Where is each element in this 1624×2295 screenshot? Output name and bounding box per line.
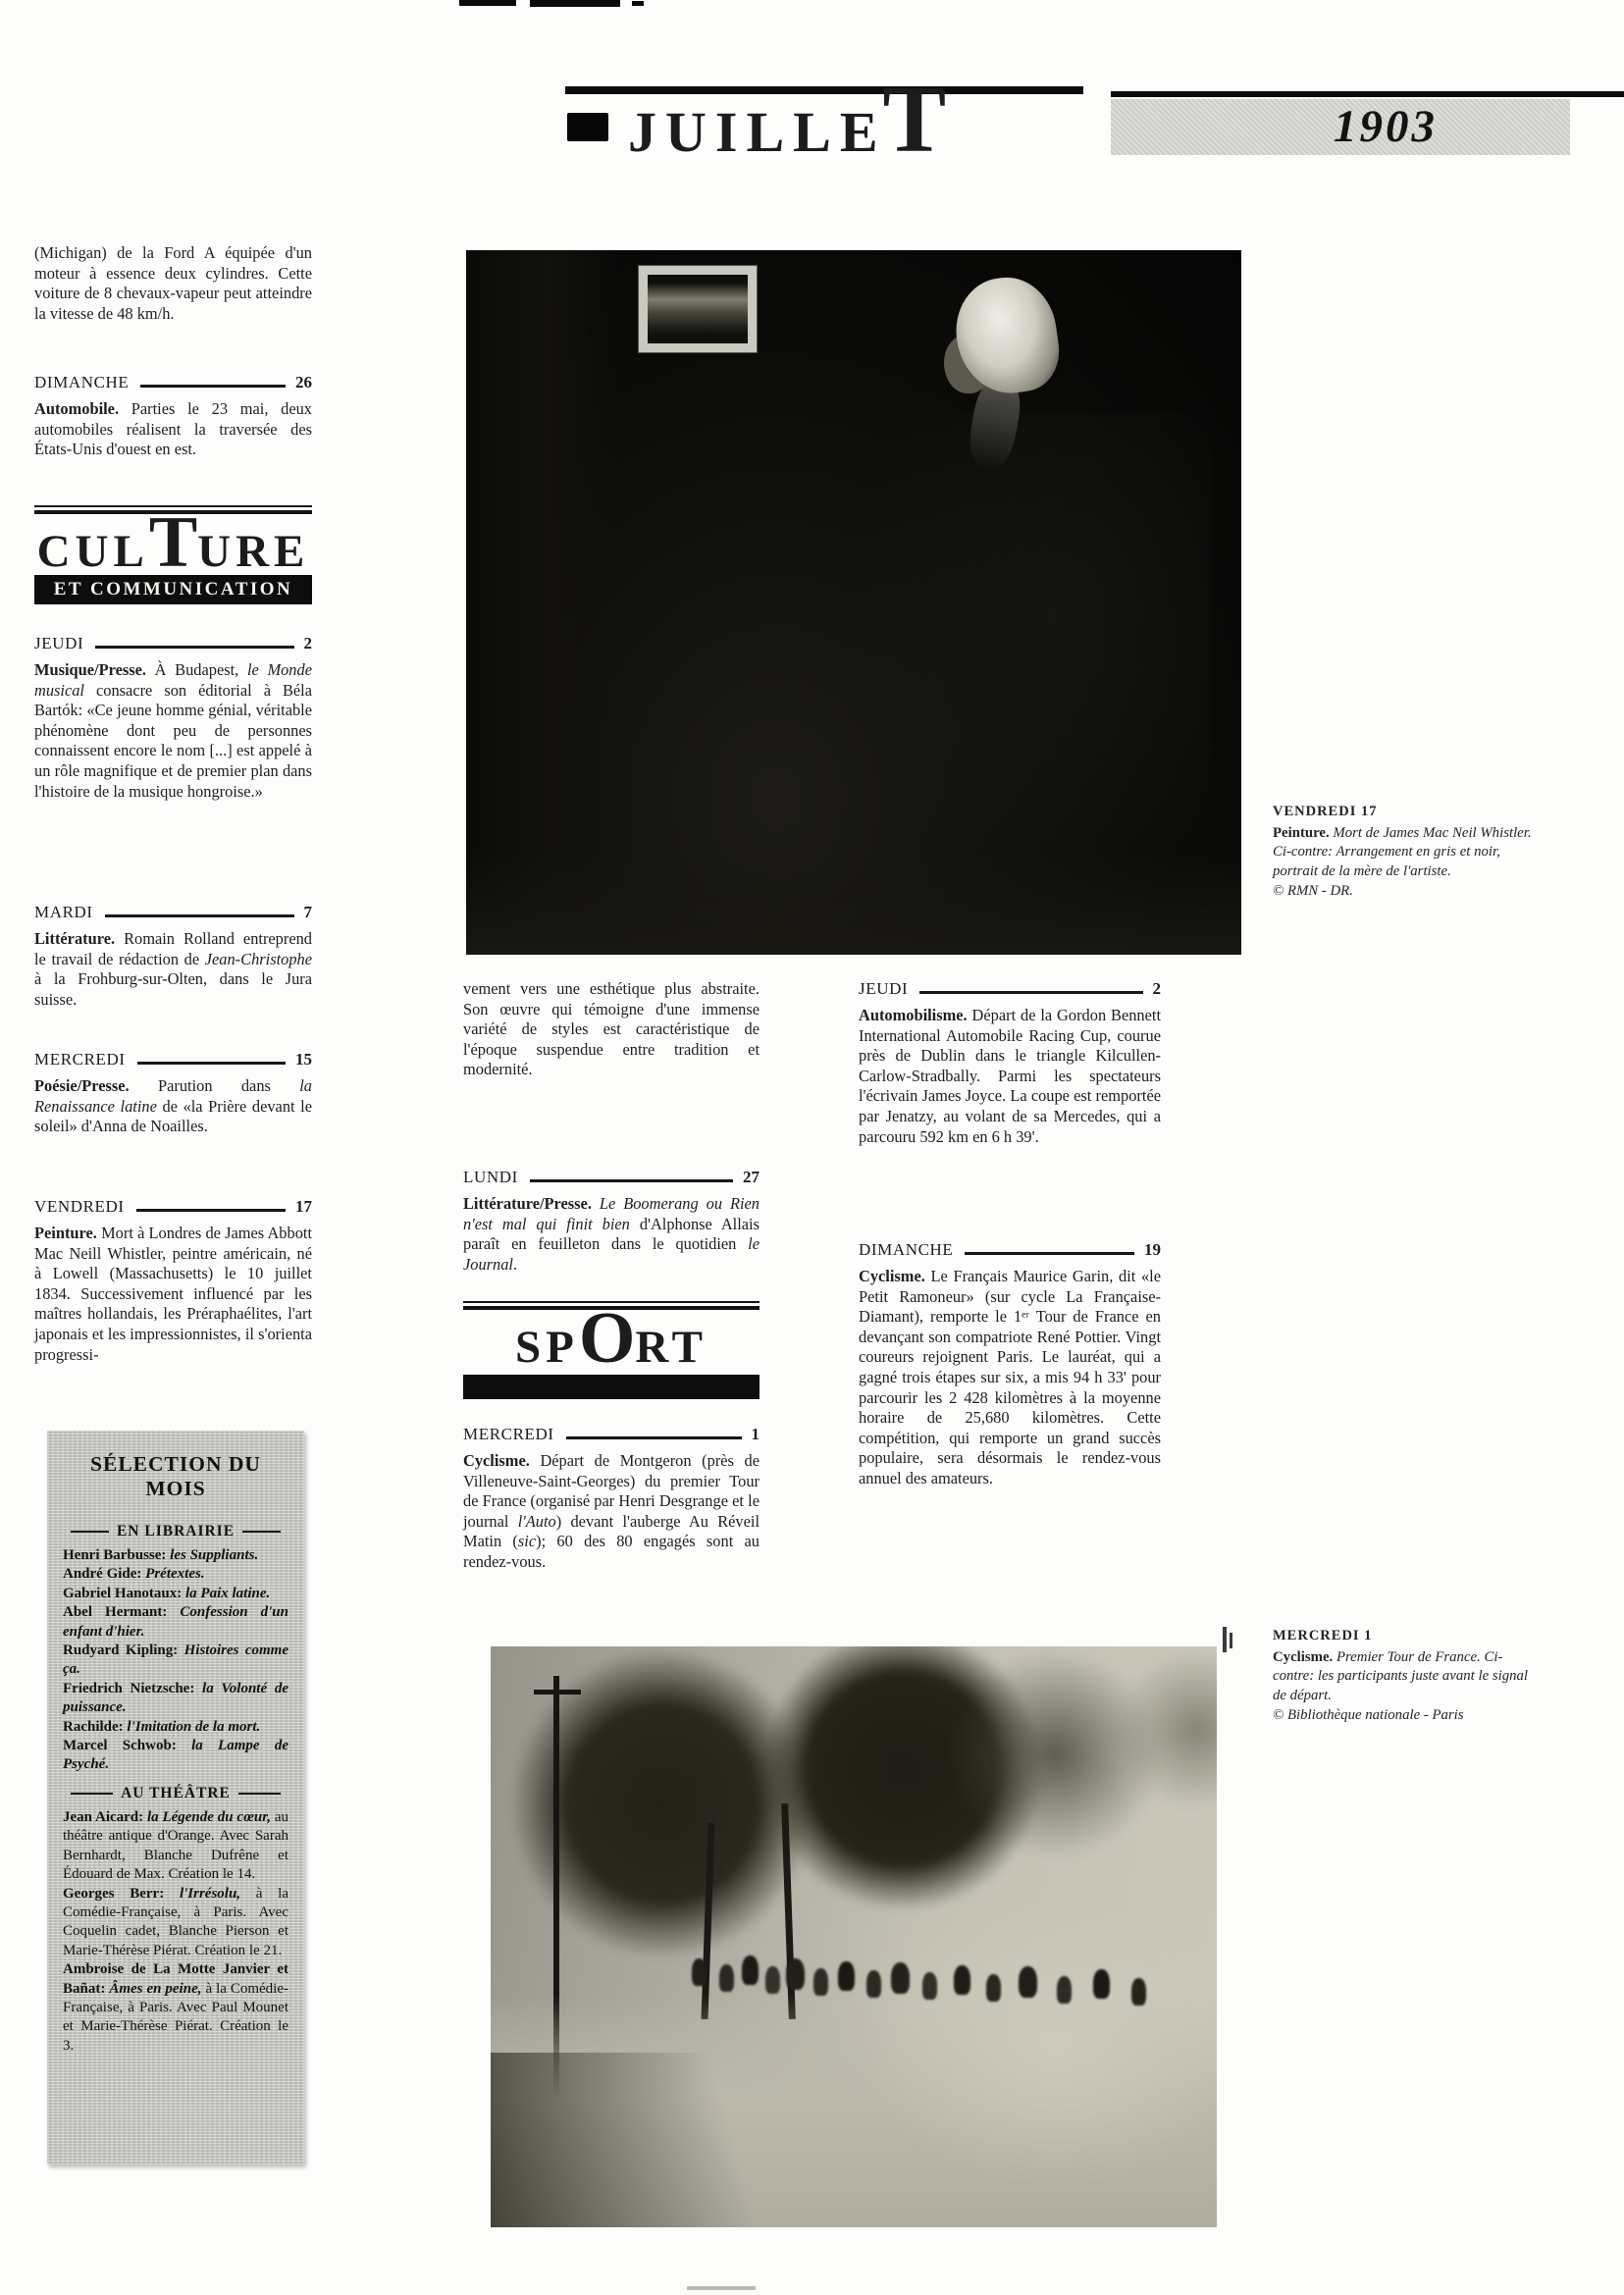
entry-body: Automobile. Parties le 23 mai, deux auto… <box>34 399 312 460</box>
binding-mark <box>459 0 516 6</box>
month-title-text: JUILLE <box>628 100 887 164</box>
month-title: JUILLET <box>567 84 946 155</box>
entry-mardi-7: MARDI 7 Littérature. Romain Rolland entr… <box>34 903 312 1010</box>
left-intro: (Michigan) de la Ford A équipée d'un mot… <box>34 243 312 324</box>
heading-rule <box>965 1252 1134 1255</box>
caption-day: MERCREDI 1 <box>1273 1627 1536 1646</box>
entry-mercredi-1: MERCREDI 1 Cyclisme. Départ de Montgeron… <box>463 1425 760 1573</box>
entry-date-number: 2 <box>1153 979 1162 999</box>
selection-title: SÉLECTION DU MOIS <box>63 1452 288 1501</box>
book-item: Gabriel Hanotaux: la Paix latine. <box>63 1585 288 1603</box>
entry-heading: DIMANCHE 26 <box>34 373 312 392</box>
entry-heading: MARDI 7 <box>34 903 312 922</box>
book-item: Henri Barbusse: les Suppliants. <box>63 1546 288 1565</box>
entry-heading: LUNDI 27 <box>463 1168 760 1187</box>
play-item: Georges Berr: l'Irrésolu, à la Comédie-F… <box>63 1885 288 1961</box>
continuation-paragraph: vement vers une esthétique plus abstrait… <box>463 979 760 1080</box>
entry-heading: VENDREDI 17 <box>34 1197 312 1217</box>
heading-rule <box>137 1062 286 1065</box>
sport-title-pre: SP <box>515 1322 579 1373</box>
entry-date-number: 7 <box>304 903 313 922</box>
selection-section-heading: EN LIBRAIRIE <box>117 1523 235 1540</box>
heading-rule <box>919 991 1142 994</box>
entry-jeudi-2-sport: JEUDI 2 Automobilisme. Départ de la Gord… <box>859 979 1161 1147</box>
entry-day: DIMANCHE <box>859 1240 953 1260</box>
entry-date-number: 2 <box>304 634 313 653</box>
entry-date-number: 15 <box>295 1050 312 1069</box>
entry-vendredi-17: VENDREDI 17 Peinture. Mort à Londres de … <box>34 1197 312 1365</box>
book-item: Abel Hermant: Confession d'un enfant d'h… <box>63 1603 288 1642</box>
heading-rule <box>105 914 294 917</box>
caption-credit: © RMN - DR. <box>1273 882 1536 902</box>
entry-day: MARDI <box>34 903 93 922</box>
entry-date-number: 27 <box>743 1168 760 1187</box>
sport-title-big-letter: O <box>579 1298 636 1379</box>
mother-figure-body <box>849 412 1212 913</box>
binding-mark <box>687 2286 756 2290</box>
entry-date-number: 1 <box>752 1425 760 1444</box>
registration-mark <box>1223 1627 1227 1652</box>
section-rule <box>238 1793 281 1795</box>
heading-rule <box>530 1179 733 1182</box>
section-rule <box>242 1531 281 1533</box>
entry-heading: MERCREDI 1 <box>463 1425 760 1444</box>
entry-day: JEUDI <box>859 979 908 999</box>
caption-day: VENDREDI 17 <box>1273 803 1536 822</box>
painting-floor-shadow <box>466 849 1241 955</box>
entry-body: Automobilisme. Départ de la Gordon Benne… <box>859 1006 1161 1147</box>
entry-day: VENDREDI <box>34 1197 125 1217</box>
entry-dimanche-19: DIMANCHE 19 Cyclisme. Le Français Mauric… <box>859 1240 1161 1489</box>
registration-mark <box>1230 1633 1232 1648</box>
month-title-big-letter: T <box>883 67 947 172</box>
caption-text: Cyclisme. Premier Tour de France. Ci-con… <box>1273 1648 1536 1706</box>
masthead-rule-right <box>1111 91 1624 97</box>
entry-body: Littérature/Presse. Le Boomerang ou Rien… <box>463 1194 760 1275</box>
whistler-continuation: vement vers une esthétique plus abstrait… <box>463 979 760 1080</box>
culture-title-big-letter: T <box>149 502 197 583</box>
entry-body: Cyclisme. Le Français Maurice Garin, dit… <box>859 1267 1161 1489</box>
framed-picture-content <box>648 275 748 343</box>
entry-heading: JEUDI 2 <box>34 634 312 653</box>
entry-day: LUNDI <box>463 1168 518 1187</box>
cycling-start-photo <box>491 1646 1217 2227</box>
sport-title: SPORT <box>463 1310 760 1371</box>
binding-mark <box>632 1 644 6</box>
entry-date-number: 19 <box>1144 1240 1161 1260</box>
entry-date-number: 26 <box>295 373 312 392</box>
sport-title-post: RT <box>635 1322 707 1373</box>
whistler-painting-photo <box>466 250 1241 955</box>
framed-picture-on-wall <box>639 266 757 352</box>
caption-tour-de-france: MERCREDI 1 Cyclisme. Premier Tour de Fra… <box>1273 1627 1536 1726</box>
binding-mark <box>530 0 620 7</box>
book-item: Marcel Schwob: la Lampe de Psyché. <box>63 1737 288 1775</box>
culture-title: CULTURE <box>34 514 312 575</box>
entry-day: JEUDI <box>34 634 83 653</box>
magazine-page: JUILLET 1903 (Michigan) de la Ford A équ… <box>0 0 1624 2295</box>
play-item: Jean Aicard: la Légende du cœur, au théâ… <box>63 1808 288 1885</box>
entry-body: Poésie/Presse. Parution dans la Renaissa… <box>34 1076 312 1137</box>
caption-credit: © Bibliothèque nationale - Paris <box>1273 1706 1536 1726</box>
caption-whistler: VENDREDI 17 Peinture. Mort de James Mac … <box>1273 803 1536 902</box>
month-bullet-square <box>567 113 608 141</box>
telegraph-pole-crossarm <box>534 1690 581 1695</box>
heading-rule <box>136 1209 286 1212</box>
intro-paragraph: (Michigan) de la Ford A équipée d'un mot… <box>34 243 312 324</box>
cyclists-and-crowd <box>692 1958 707 1986</box>
play-item: Ambroise de La Motte Janvier et Bañat: Â… <box>63 1960 288 2056</box>
entry-day: DIMANCHE <box>34 373 129 392</box>
entry-heading: DIMANCHE 19 <box>859 1240 1161 1260</box>
entry-heading: JEUDI 2 <box>859 979 1161 999</box>
section-rule <box>71 1531 109 1533</box>
culture-subtitle-bar: ET COMMUNICATION <box>34 575 312 604</box>
book-item: Friedrich Nietzsche: la Volonté de puiss… <box>63 1680 288 1718</box>
entry-jeudi-2-culture: JEUDI 2 Musique/Presse. À Budapest, le M… <box>34 634 312 802</box>
book-item: Rudyard Kipling: Histoires comme ça. <box>63 1642 288 1680</box>
selection-section-librairie: EN LIBRAIRIE <box>63 1523 288 1540</box>
entry-body: Musique/Presse. À Budapest, le Monde mus… <box>34 660 312 802</box>
caption-text: Peinture. Mort de James Mac Neil Whistle… <box>1273 824 1536 882</box>
selection-du-mois-box: SÉLECTION DU MOIS EN LIBRAIRIE Henri Bar… <box>47 1431 304 2165</box>
entry-lundi-27: LUNDI 27 Littérature/Presse. Le Boomeran… <box>463 1168 760 1275</box>
selection-section-theatre: AU THÉÂTRE <box>63 1785 288 1802</box>
entry-heading: MERCREDI 15 <box>34 1050 312 1069</box>
book-item: Rachilde: l'Imitation de la mort. <box>63 1718 288 1737</box>
sport-section-header: SPORT <box>463 1301 760 1399</box>
entry-body: Cyclisme. Départ de Montgeron (près de V… <box>463 1451 760 1573</box>
section-rule <box>71 1793 113 1795</box>
road-highlight <box>857 1898 1217 2188</box>
selection-section-heading: AU THÉÂTRE <box>121 1785 231 1802</box>
book-item: André Gide: Prétextes. <box>63 1565 288 1584</box>
heading-rule <box>566 1436 742 1439</box>
entry-body: Littérature. Romain Rolland entreprend l… <box>34 929 312 1010</box>
culture-title-post: URE <box>197 526 309 577</box>
entry-body: Peinture. Mort à Londres de James Abbott… <box>34 1224 312 1365</box>
year-text: 1903 <box>1243 99 1438 155</box>
heading-rule <box>140 385 286 388</box>
culture-title-pre: CUL <box>37 526 149 577</box>
entry-dimanche-26: DIMANCHE 26 Automobile. Parties le 23 ma… <box>34 373 312 460</box>
entry-day: MERCREDI <box>463 1425 554 1444</box>
entry-mercredi-15: MERCREDI 15 Poésie/Presse. Parution dans… <box>34 1050 312 1137</box>
year-badge: 1903 <box>1111 99 1570 155</box>
entry-day: MERCREDI <box>34 1050 126 1069</box>
heading-rule <box>95 646 293 649</box>
culture-section-header: CULTURE ET COMMUNICATION <box>34 505 312 604</box>
foreground-shadow <box>491 2053 824 2227</box>
entry-date-number: 17 <box>295 1197 312 1217</box>
